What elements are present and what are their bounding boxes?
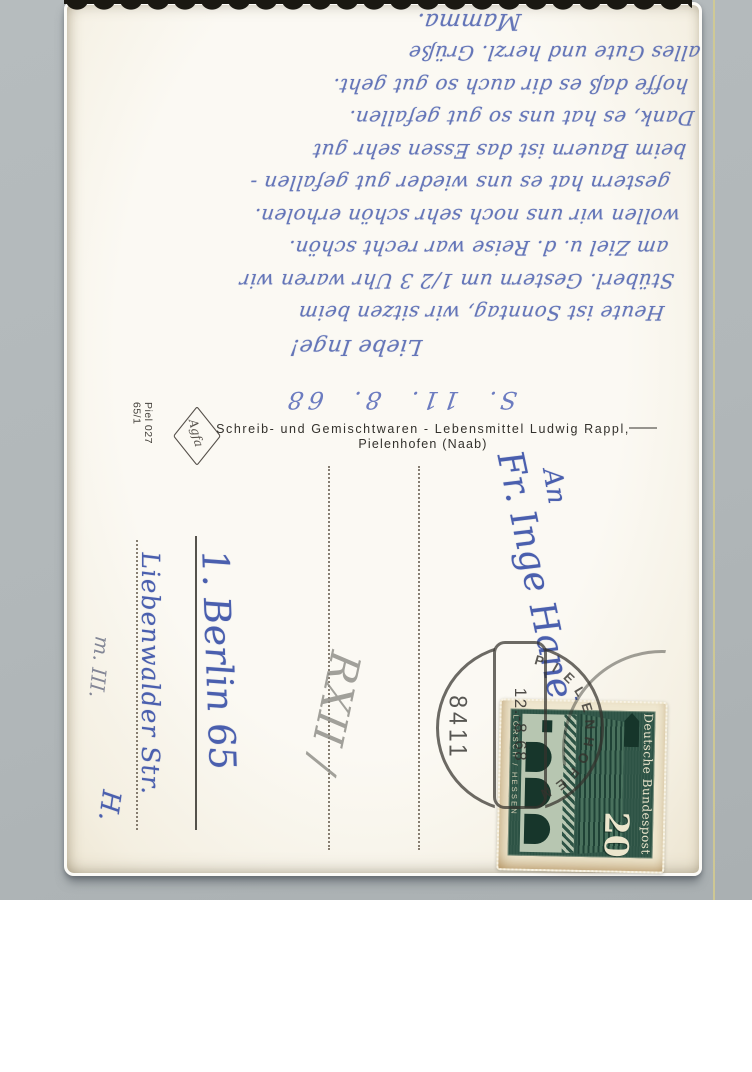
message-line: Liebe Inge! [44,330,668,363]
publisher-caption-dash: —— [629,419,655,436]
scan-artifact-line [713,0,715,900]
publisher-caption: Schreib- und Gemischtwaren - Lebensmitte… [205,422,641,452]
stamp-value: 20 [597,811,637,858]
handwritten-date: S. 11. 8. 68 [231,386,569,414]
address-street: Liebenwalder Str. [136,551,165,885]
message-line: Stüberl. Gestern um 1/2 3 Uhr waren wir [52,265,676,298]
message-line: Dank, es hat uns so gut gefallen. [72,102,696,135]
message-line: hoffe daß es dir auch so gut geht. [76,70,690,103]
handwritten-message: Liebe Inge! Heute ist Sonntag, wir sitze… [44,4,708,362]
postmark-date: 12.-8.68 [510,688,530,762]
message-line: alles Gute und herzl. Grüße [80,37,702,70]
message-line: am Ziel u. d. Reise war recht schön. [56,232,670,265]
order-code-line: 65/1 [131,402,143,424]
postmark-postal-code: 8411 [443,638,473,818]
address-ruling-dotted-3 [418,466,420,850]
message-line: gestern hat es uns wieder gut gefallen - [64,167,672,200]
postmark-date-bridge: 12.-8.68 [493,641,547,809]
publisher-order-code: Piel 027 65/1 [130,402,153,476]
message-line: Heute ist Sonntag, wir sitzen beim [48,297,666,330]
message-line: beim Bauern ist das Essen sehr gut [68,135,688,168]
gatehouse-arch [524,814,551,845]
message-signature: Mamma. [84,5,523,38]
postcard-scan: Liebe Inge! Heute ist Sonntag, wir sitze… [0,0,752,1072]
order-code-line: Piel 027 [142,402,154,444]
message-line: wollen wir uns noch sehr schön erholen. [60,200,682,233]
publisher-caption-line1: Schreib- und Gemischtwaren - Lebensmitte… [205,422,641,437]
publisher-caption-line2: Pielenhofen (Naab) [205,437,641,452]
